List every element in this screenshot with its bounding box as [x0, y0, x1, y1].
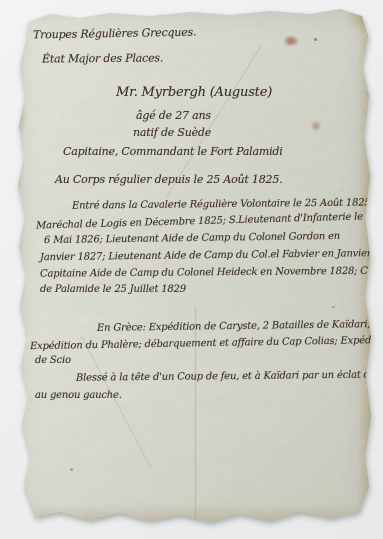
officer-rank: Capitaine, Commandant le Fort Palamidi: [63, 145, 283, 158]
campaigns-line: de Scio: [35, 355, 71, 366]
manuscript-page: Troupes Régulières Grecques. État Major …: [10, 6, 372, 530]
campaigns-line: Expédition du Phalère; débarquement et a…: [30, 335, 383, 352]
foxing-spot: [332, 306, 335, 308]
wounds-line: Blessé à la tête d'un Coup de feu, et à …: [76, 369, 383, 383]
officer-name: Mr. Myrbergh (Auguste): [116, 85, 272, 100]
unit-header-line: État Major des Places.: [42, 51, 163, 65]
foxing-spot: [314, 38, 317, 41]
officer-age: âgé de 27 ans: [136, 109, 211, 122]
foxing-spot: [70, 468, 73, 471]
paper-shadow: Troupes Régulières Grecques. État Major …: [10, 6, 372, 530]
unit-header-line: Troupes Régulières Grecques.: [33, 26, 196, 42]
service-record-line: de Palamide le 25 Juillet 1829: [40, 284, 186, 295]
service-record-line: Capitaine Aide de Camp du Colonel Heidec…: [40, 265, 383, 279]
wounds-line: au genou gauche.: [35, 390, 122, 401]
officer-origin: natif de Suède: [133, 126, 211, 139]
paper-crease: [80, 336, 152, 469]
service-record-line: Entré dans la Cavalerie Régulière Volont…: [72, 197, 374, 211]
scan-background: Troupes Régulières Grecques. État Major …: [0, 0, 383, 539]
service-record-line: 6 Mai 1826; Lieutenant Aide de Camp du C…: [44, 231, 340, 246]
campaigns-line: En Grèce: Expédition de Caryste, 2 Batai…: [97, 319, 371, 334]
officer-enlistment: Au Corps régulier depuis le 25 Août 1825…: [55, 173, 282, 186]
service-record-line: Maréchal de Logis en Décembre 1825; S.Li…: [36, 211, 363, 231]
service-record-line: Janvier 1827; Lieutenant Aide de Camp du…: [40, 248, 383, 263]
